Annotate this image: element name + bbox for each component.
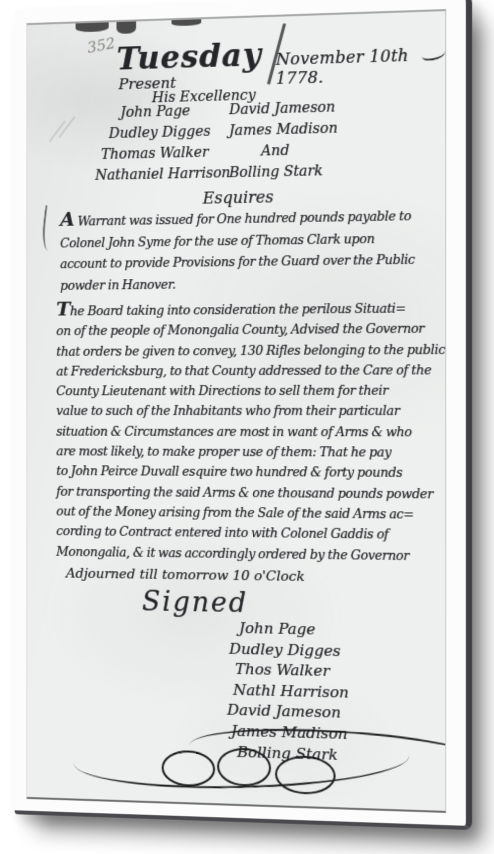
heading-date: November 10th 1778. — [276, 46, 416, 88]
attendee-name: David Jameson — [229, 97, 338, 121]
manuscript-line: powder in Hanover. — [60, 270, 446, 296]
attendee-name: Thomas Walker — [101, 142, 230, 166]
manuscript-line: that orders be given to convey, 130 Rifl… — [56, 339, 442, 361]
attendee-name: John Page — [120, 100, 230, 124]
manuscript-page: 352 Tuesday November 10th 1778. Present … — [26, 9, 446, 813]
manuscript-line: Monongalia, & it was accordingly ordered… — [56, 542, 442, 567]
manuscript-line: value to such of the Inhabitants who fro… — [56, 401, 442, 422]
attendee-column-right: David Jameson James Madison And Bolling … — [229, 97, 338, 184]
attendee-name: Dudley Digges — [109, 121, 231, 145]
manuscript-line: situation & Circumstances are most in wa… — [56, 422, 442, 443]
signature: Thos Walker — [235, 659, 349, 682]
margin-brace-mark — [40, 205, 57, 251]
manuscript-line: on of the people of Monongalia County, A… — [56, 319, 442, 342]
manuscript-line: The Board taking into consideration the … — [56, 296, 442, 322]
manuscript-line: at Fredericksburg, to that County addres… — [56, 360, 442, 382]
manuscript-line: account to provide Provisions for the Gu… — [60, 248, 446, 274]
adjournment-line: Adjourned till tomorrow 10 o'Clock — [66, 566, 305, 585]
signature: Dudley Digges — [229, 638, 349, 661]
board-resolution-paragraph: The Board taking into consideration the … — [56, 296, 442, 566]
signed-label: Signed — [142, 587, 248, 620]
signature: Nathl Harrison — [233, 680, 349, 703]
attendee-name: Nathaniel Harrison — [95, 163, 230, 187]
manuscript-line: County Lieutenant with Directions to sel… — [56, 381, 442, 402]
torn-edge-notch — [76, 22, 109, 32]
manuscript-print: 352 Tuesday November 10th 1778. Present … — [15, 0, 472, 830]
heading-day: Tuesday — [117, 37, 262, 77]
torn-edge-notch — [172, 19, 202, 26]
warrant-paragraph: A Warrant was issued for One hundred pou… — [60, 202, 446, 295]
signature-flourish — [134, 737, 415, 796]
flourish-loop — [275, 755, 336, 795]
attendee-name: James Madison — [229, 119, 338, 143]
manuscript-line: are most likely, to make proper use of t… — [56, 442, 442, 464]
manuscript-line: to John Peirce Duvall esquire two hundre… — [56, 462, 442, 484]
pen-flourish — [421, 47, 445, 62]
torn-edge-notch — [117, 21, 137, 34]
attendee-conjunction: And — [261, 140, 338, 163]
attendee-name: Bolling Stark — [229, 161, 338, 184]
attendee-column-left: John Page Dudley Digges Thomas Walker Na… — [95, 100, 230, 187]
signature: John Page — [239, 618, 349, 641]
product-backdrop: 352 Tuesday November 10th 1778. Present … — [0, 0, 494, 854]
